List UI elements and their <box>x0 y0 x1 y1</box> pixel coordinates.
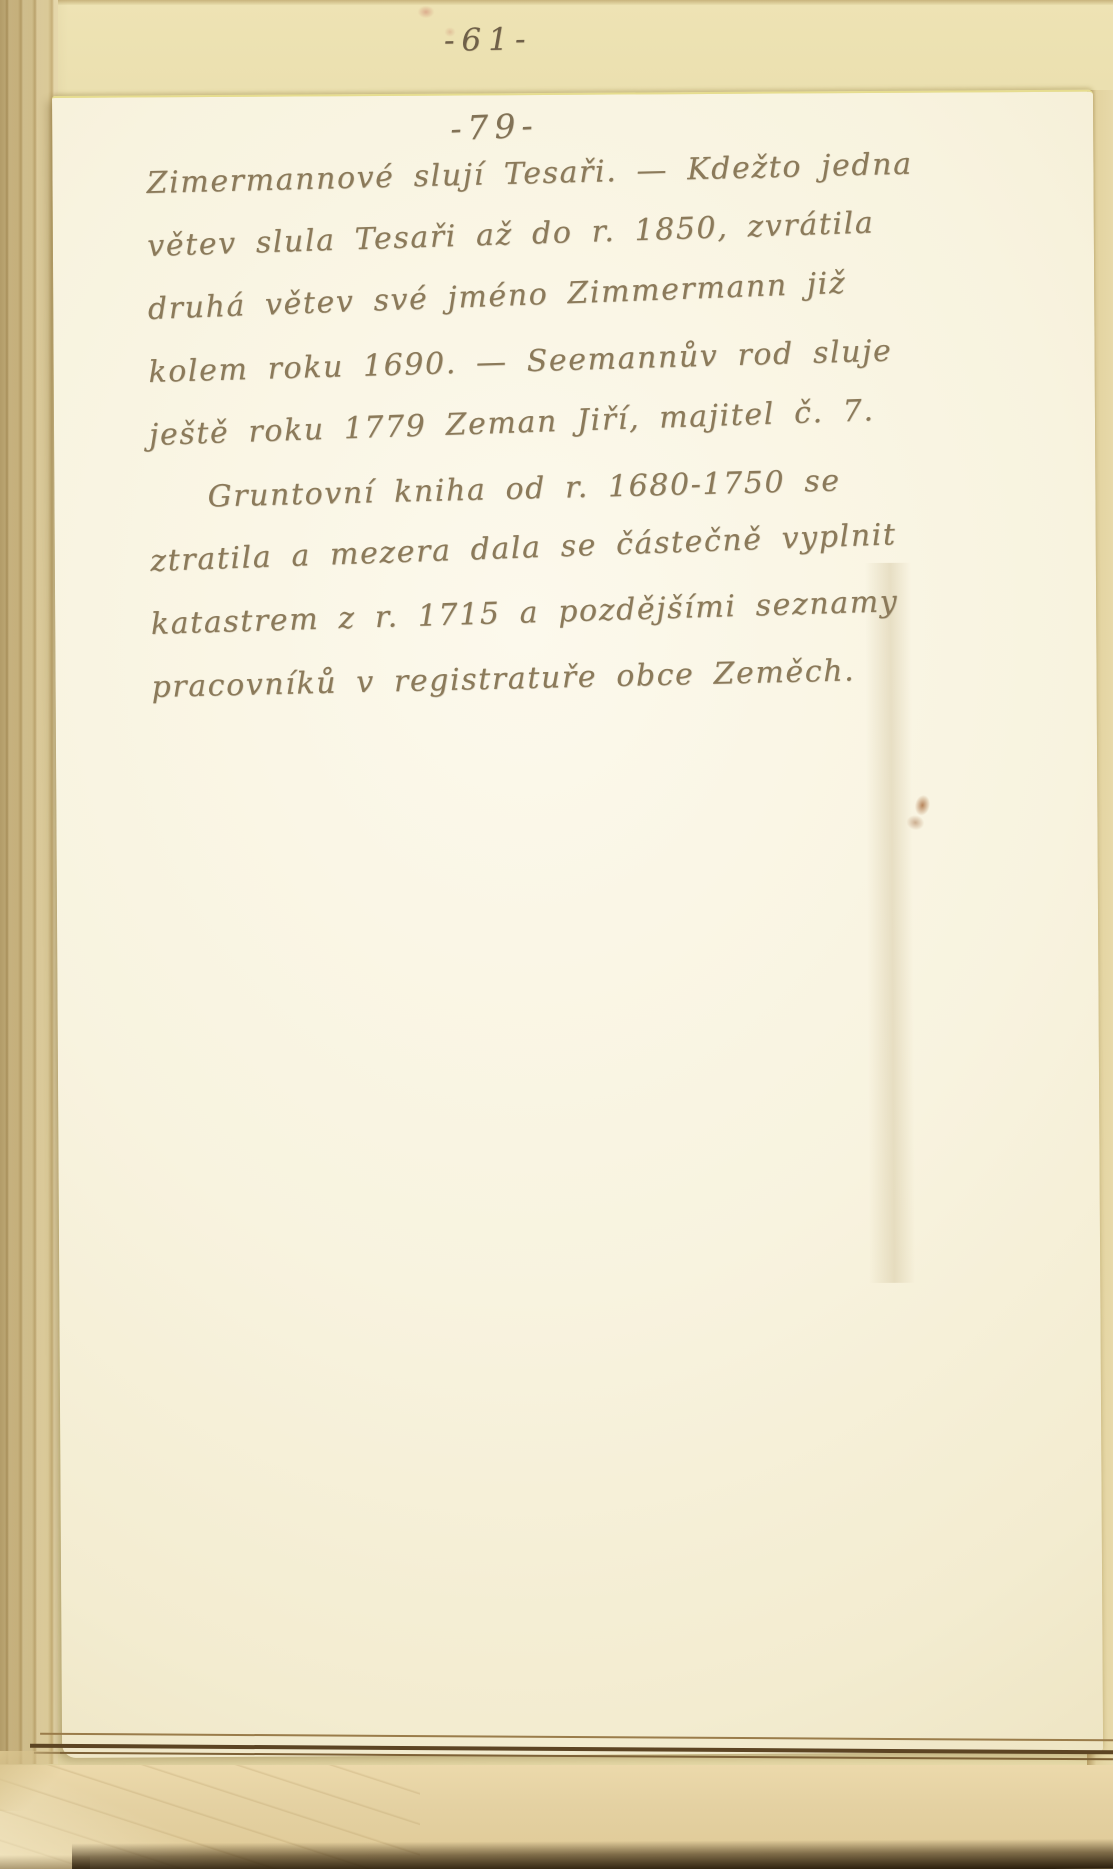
corner-fold <box>0 1751 60 1811</box>
handwritten-text: Zimermannové slují Tesaři. — Kdežto jedn… <box>146 143 1051 719</box>
page-number-under: -61- <box>444 21 533 59</box>
bottom-shadow <box>72 1839 1113 1869</box>
manuscript-scan: -61- -79- Zimermannové slují Tesaři. — K… <box>0 0 1113 1869</box>
paper-top-edge <box>0 0 1113 5</box>
manuscript-page: -79- Zimermannové slují Tesaři. — Kdežto… <box>52 90 1103 1758</box>
book-page-edges <box>30 1733 1113 1770</box>
